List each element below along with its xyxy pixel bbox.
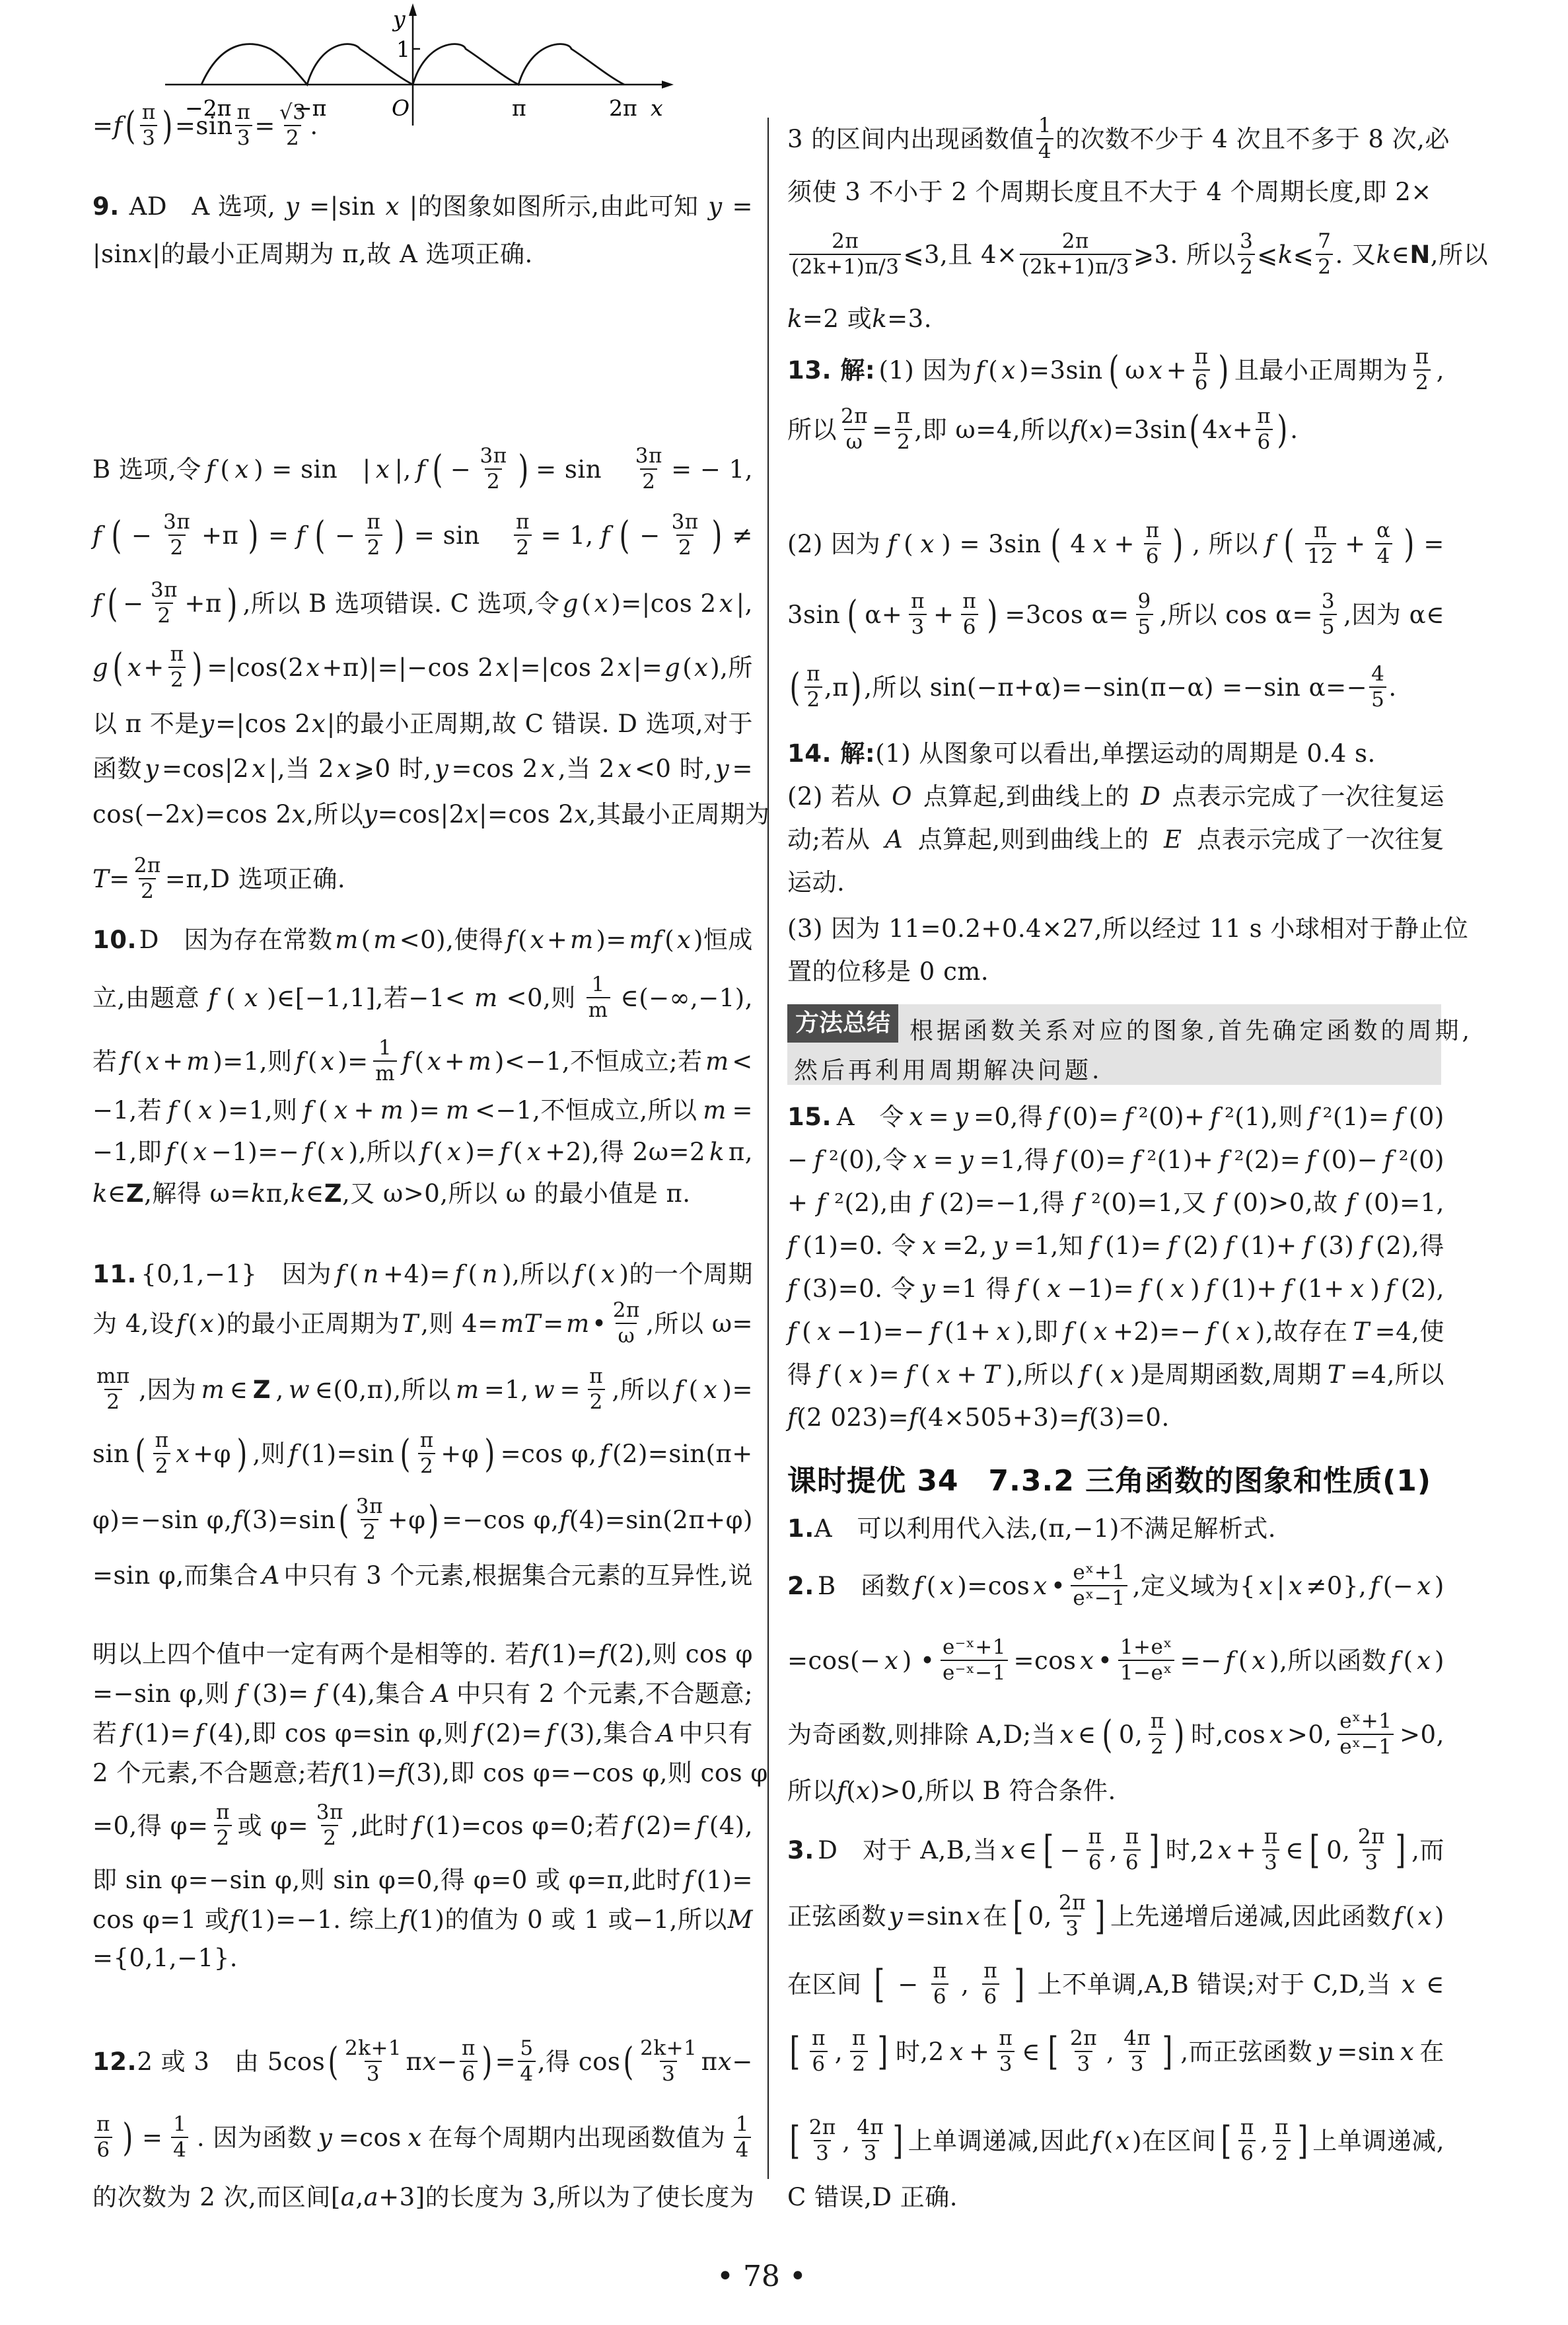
denominator: 3 [1129, 2051, 1146, 2075]
math-variable: x [1236, 1319, 1250, 1344]
text-run: =sin [175, 114, 233, 138]
text-run: ,而正弦函数 [1180, 2040, 1312, 2064]
math-variable: y [318, 2125, 332, 2150]
text-run: (2),则 cos φ [609, 1642, 753, 1666]
text-run: |=cos 2 [479, 802, 574, 827]
numerator: π [1238, 2117, 1256, 2140]
denominator: 2 [804, 686, 822, 711]
numerator: π [460, 2038, 478, 2061]
math-variable: g [92, 655, 108, 680]
text-line: 置的位移是 0 cm. [787, 958, 989, 984]
numerator: 1 [171, 2114, 188, 2137]
text-run: (1)=sin [301, 1442, 395, 1466]
math-variable: x [856, 1779, 870, 1803]
fraction: π2 [418, 1430, 436, 1477]
text-run: 运动. [787, 870, 845, 895]
math-variable: T [983, 1362, 1000, 1387]
math-variable: f [1303, 1234, 1312, 1258]
text-run: 所以 [787, 1779, 837, 1803]
math-variable: f [787, 1276, 797, 1301]
text-run: )是周期函数,周期 [1130, 1362, 1322, 1387]
math-variable: f [416, 457, 425, 482]
text-run: 0, [1028, 1904, 1052, 1929]
bold-label: 14. 解: [787, 741, 875, 766]
bracket: ( [125, 106, 135, 145]
denominator: 2 [676, 535, 694, 559]
math-variable: f [1394, 1105, 1404, 1129]
math-variable: x [1116, 2129, 1129, 2153]
text-line: =sin φ,而集合 A 中只有 3 个元素,根据集合元素的互异性,说 [92, 1562, 753, 1588]
text-run: D 因为存在常数 [139, 928, 333, 952]
text-run: (0)>0,故 [1232, 1191, 1337, 1215]
math-variable: A [432, 1681, 450, 1706]
denominator: ω [844, 429, 865, 453]
math-variable: f [674, 1378, 684, 1402]
text-run: . 因为函数 [197, 2125, 312, 2150]
text-line: 即 sin φ=−sin φ,则 sin φ=0,得 φ=0 或 φ=π,此时 … [92, 1866, 753, 1893]
math-variable: x [718, 2049, 732, 2074]
text-line: ={0,1,−1}. [92, 1944, 238, 1971]
text-run: +4)= [383, 1262, 450, 1286]
text-run: 时,2 [1166, 1838, 1215, 1863]
bold-label: 11. [92, 1262, 137, 1286]
fraction: π6 [1255, 406, 1273, 453]
text-run: ( [927, 1574, 937, 1598]
text-run: − [123, 591, 144, 616]
numerator: 3π [314, 1802, 345, 1825]
text-run: ²(2)= [1234, 1148, 1301, 1172]
text-run: ) = 3sin [941, 532, 1041, 556]
numerator: eˣ+1 [1337, 1711, 1394, 1734]
text-run: 若 [92, 1721, 118, 1746]
text-run: (1+ [1298, 1276, 1344, 1301]
text-line: f(x−1)=−f(1+x),即 f(x+2)=−f(x),故存在 T=4,使 [787, 1318, 1444, 1345]
text-run: π, [266, 1181, 291, 1206]
text-run: ( [664, 928, 674, 952]
numerator: 9 [1136, 591, 1153, 614]
numerator: π [168, 644, 186, 667]
text-run: ( [904, 532, 913, 556]
text-run: , [961, 1972, 969, 1997]
text-run: ),即 [1016, 1319, 1059, 1344]
fraction: eˣ+1eˣ−1 [1337, 1711, 1394, 1757]
math-variable: m [570, 928, 594, 952]
math-variable: f [623, 1814, 632, 1838]
text-line: =0,得 φ=π2或 φ=3π2,此时 f(1)=cos φ=0;若 f(2)=… [92, 1812, 753, 1839]
text-run: ),所以 [349, 1140, 416, 1164]
fraction: 1m [587, 974, 610, 1021]
text-run: ( [349, 1262, 359, 1286]
math-variable: x [1400, 2040, 1414, 2064]
denominator: 6 [1193, 369, 1210, 394]
text-run: ) [1190, 1276, 1200, 1301]
text-run: ( [834, 1362, 843, 1387]
bold-label: Z [253, 1378, 271, 1402]
denominator: 3 [909, 614, 926, 638]
text-run: ∈ [1078, 1722, 1096, 1747]
fraction: 2π3 [807, 2117, 838, 2164]
numerator: 3π [478, 445, 509, 468]
math-variable: f [1386, 1276, 1395, 1301]
math-variable: m [456, 1378, 480, 1402]
numerator: π [895, 406, 913, 429]
text-line: 3. D 对于 A,B,当 x∈[−π6,π6]时,2x+π3∈[0,2π3],… [787, 1837, 1444, 1863]
math-variable: x [1094, 1319, 1108, 1344]
bracket: ( [1283, 525, 1294, 563]
text-line: 立,由题意 f(x)∈[−1,1],若−1<m<0,则1m∈(−∞,−1), [92, 984, 753, 1011]
math-variable: f [1308, 1105, 1318, 1129]
math-variable: x [527, 1140, 541, 1164]
math-variable: x [447, 1140, 461, 1164]
math-variable: k [1278, 242, 1293, 267]
denominator: 3 [997, 2051, 1015, 2075]
text-run: ( [433, 1140, 443, 1164]
text-run: ,解得 ω= [144, 1181, 251, 1206]
math-variable: x [594, 591, 608, 616]
denominator: m [373, 1060, 397, 1085]
text-run: cos(−2 [92, 802, 181, 827]
math-variable: x [1047, 1276, 1061, 1301]
text-run: ,所以 ω= [646, 1311, 753, 1336]
bracket: ) [236, 1434, 247, 1473]
math-variable: m [705, 1049, 729, 1074]
math-variable: x [200, 1311, 214, 1336]
text-run: (1)= [541, 1642, 597, 1666]
method-summary-tag: 方法总结 [787, 1004, 898, 1043]
text-run: )=cos 2 [195, 802, 291, 827]
math-variable: D [1141, 784, 1160, 809]
text-run: ⩽ [1257, 242, 1278, 267]
text-run: 上单调递减,因此 [908, 2129, 1090, 2153]
math-variable: k [1376, 242, 1392, 267]
fraction: 2k+13 [343, 2038, 404, 2085]
text-run: • [1051, 1574, 1065, 1598]
math-variable: f [176, 1311, 186, 1336]
text-run: |= [633, 655, 662, 680]
text-line: T=2π2=π,D 选项正确. [92, 866, 345, 892]
text-run: ( [846, 1779, 856, 1803]
text-run: (1)+ [1240, 1234, 1297, 1258]
math-variable: w [534, 1378, 555, 1402]
text-run: =1 得 [941, 1276, 1011, 1301]
text-run: =π,D 选项正确. [165, 867, 345, 891]
numerator: π [1413, 346, 1431, 369]
math-variable: k [709, 1140, 725, 1164]
math-variable: f [913, 1574, 923, 1598]
text-run: ,其最小正周期为 [588, 802, 770, 827]
denominator: 2 [895, 429, 912, 453]
math-variable: x [1289, 1574, 1302, 1598]
bracket: ) [429, 1500, 439, 1539]
numerator: π [909, 591, 927, 614]
math-variable: f [206, 457, 215, 482]
math-variable: f [1283, 1276, 1293, 1301]
text-run: = [109, 867, 130, 891]
text-run: ( [318, 1098, 328, 1123]
text-run: ={0,1,−1}. [92, 1946, 238, 1970]
numerator: π [587, 1366, 605, 1389]
math-variable: x [884, 1648, 898, 1673]
math-variable: f [236, 1681, 246, 1706]
text-run: 点表示完成了一次往复运 [1172, 784, 1444, 809]
text-run: 若 [92, 1049, 118, 1074]
math-variable: x [541, 757, 555, 781]
text-line: 所以 f(x)>0,所以 B 符合条件. [787, 1777, 1116, 1804]
text-line: cos(−2x)=cos 2x,所以 y=cos|2x|=cos 2x,其最小正… [92, 801, 753, 827]
bracket: ( [1108, 351, 1119, 389]
fraction: 1m [373, 1037, 397, 1084]
text-run: = [1423, 532, 1444, 556]
math-variable: f [232, 1508, 242, 1532]
text-line: 正弦函数 y=sin x 在[0,2π3]上先递增后递减,因此函数 f(x) [787, 1903, 1444, 1929]
text-run: (2) 若从 [787, 784, 880, 809]
text-run: +π [184, 591, 221, 616]
text-run: 的次数不少于 4 次且不多于 8 次,必 [1055, 127, 1450, 151]
math-variable: f [1361, 1234, 1370, 1258]
text-line: 须使 3 不小于 2 个周期长度且不大于 4 个周期长度,即 2× [787, 178, 1444, 205]
fraction: π2 [168, 644, 186, 690]
text-run: >0, [1287, 1722, 1332, 1747]
text-line: 12. 2 或 3 由 5cos(2k+13πx−π6)=54,得 cos(2k… [92, 2048, 753, 2075]
math-variable: A [885, 827, 903, 852]
text-run: −1)= [1067, 1276, 1134, 1301]
math-variable: x [423, 2049, 437, 2074]
text-line: 3 的区间内出现函数值14的次数不少于 4 次且不多于 8 次,必 [787, 126, 1444, 152]
fraction: π2 [1149, 1711, 1166, 1757]
text-run: ω [1125, 358, 1145, 383]
fraction: π2 [587, 1366, 605, 1413]
math-variable: n [482, 1262, 498, 1286]
numerator: π [1192, 346, 1210, 369]
math-variable: x [1060, 1722, 1074, 1747]
math-variable: f [930, 1319, 939, 1344]
fraction: 3π2 [314, 1802, 345, 1849]
text-run: )=cos [957, 1574, 1030, 1598]
denominator: 3 [814, 2140, 831, 2164]
text-run: (0)=1, [1364, 1191, 1444, 1215]
bracket: ( [315, 516, 326, 554]
math-variable: f [1168, 1234, 1177, 1258]
text-run: 点算起,则到曲线上的 [918, 827, 1149, 852]
numerator: π [235, 102, 253, 125]
text-run: cos φ=1 或 [92, 1907, 229, 1932]
fraction: 2π2 [132, 855, 163, 902]
text-run: )=1,则 [218, 1098, 297, 1123]
math-variable: f [472, 1721, 481, 1746]
text-run: (4), [709, 1814, 753, 1838]
text-run: ( [1221, 1319, 1231, 1344]
text-run: <0 时, [635, 757, 713, 781]
text-run: ( [308, 1049, 318, 1074]
text-run: =sin [906, 1904, 964, 1929]
math-variable: f [1064, 1319, 1073, 1344]
math-variable: x [1080, 1648, 1094, 1673]
bracket: ] [877, 2032, 888, 2071]
math-variable: x [1170, 1276, 1184, 1301]
math-variable: x [1033, 1574, 1047, 1598]
text-run: + [1345, 532, 1366, 556]
math-variable: m [335, 928, 359, 952]
text-run: 时,2 [896, 2040, 944, 2064]
fraction: 2πω [839, 406, 870, 453]
bracket: [ [1043, 1831, 1053, 1869]
fraction: π3 [997, 2028, 1015, 2075]
bracket: ) [1172, 525, 1183, 563]
math-variable: k [787, 307, 802, 331]
math-variable: f [1346, 1191, 1355, 1215]
text-run: ,即 ω=4,所以 [915, 418, 1071, 442]
math-variable: f [818, 1362, 827, 1387]
math-variable: y [200, 712, 214, 736]
text-line: 动;若从 A 点算起,则到曲线上的 E 点表示完成了一次往复 [787, 826, 1444, 852]
math-variable: a [364, 2185, 379, 2209]
denominator: 2 [104, 1389, 122, 1413]
math-variable: f [1206, 1319, 1215, 1344]
text-run: − [732, 2049, 753, 2074]
math-variable: w [289, 1378, 310, 1402]
math-variable: x [495, 655, 509, 680]
fraction: 2π(2k+1)π/3 [1020, 231, 1131, 277]
numerator: 1 [589, 974, 606, 997]
math-variable: x [334, 1098, 347, 1123]
text-run: =− [1180, 1648, 1222, 1673]
math-variable: x [1093, 532, 1107, 556]
fraction: mπ2 [94, 1366, 132, 1413]
text-run: ,又 ω>0,所以 ω 的最小值是 π. [342, 1181, 691, 1206]
bracket: ) [851, 668, 862, 706]
bracket: ) [712, 516, 723, 554]
math-variable: y [145, 757, 159, 781]
math-variable: f [1079, 1362, 1088, 1387]
text-run: 正弦函数 [787, 1904, 886, 1929]
x-axis-label: x [651, 95, 663, 121]
bracket: ( [623, 2042, 633, 2081]
text-run: {0,1,−1} 因为 [141, 1262, 332, 1286]
fraction: √32 [277, 102, 308, 149]
text-run: − [335, 523, 356, 548]
math-variable: f [574, 1262, 583, 1286]
text-run: ,因为 α∈ [1343, 603, 1444, 627]
text-run: B 选项,令 [92, 457, 201, 482]
bold-label: 13. 解: [787, 358, 875, 383]
numerator: 2π [1060, 231, 1091, 254]
text-run: 中只有 3 个元素,根据集合元素的互异性,说 [283, 1563, 753, 1588]
numerator: 7 [1316, 231, 1333, 254]
numerator: 1 [1036, 115, 1053, 138]
text-run: (3),即 cos φ=−cos φ,则 cos φ [406, 1761, 767, 1785]
text-run: ∈ [1391, 242, 1409, 267]
text-line: 在区间[−π6,π6]上不单调,A,B 错误;对于 C,D,当 x∈ [787, 1971, 1444, 1997]
math-variable: f [1124, 1105, 1133, 1129]
text-run: 2 个元素,不合题意;若 [92, 1761, 332, 1785]
denominator: m [587, 997, 610, 1021]
text-run: (2)=sin(π+ [612, 1442, 753, 1466]
text-run: + [143, 655, 164, 680]
text-run: (3)=0. [1089, 1405, 1170, 1430]
text-run: ,定义域为{ [1133, 1574, 1256, 1598]
math-variable: x [1110, 1362, 1124, 1387]
math-variable: f [1073, 1191, 1083, 1215]
text-run: 得 [787, 1362, 812, 1387]
text-run: , [842, 2129, 850, 2153]
text-run: 4 [1202, 418, 1218, 442]
math-variable: f [816, 1191, 826, 1215]
text-run: −1,即 [92, 1140, 162, 1164]
bold-label: 2. [787, 1574, 814, 1598]
numerator: 3 [1238, 231, 1255, 254]
math-variable: y [960, 1148, 974, 1172]
text-line: −f²(0),令 x=y=1,得 f(0)=f²(1)+f²(2)=f(0)−f… [787, 1146, 1444, 1173]
math-variable: f [295, 1049, 304, 1074]
math-variable: x [677, 928, 691, 952]
bracket: ] [1149, 1831, 1159, 1869]
text-run: 动;若从 [787, 827, 870, 852]
fraction: π6 [460, 2038, 478, 2085]
text-run: (3),集合 [559, 1721, 653, 1746]
text-run: ( [1079, 1319, 1088, 1344]
text-run: |的最小正周期,故 C 错误. D 选项,对于 [327, 712, 753, 736]
math-variable: m [446, 1098, 470, 1123]
text-run: −1)=− [836, 1319, 924, 1344]
text-run: )= [869, 1362, 900, 1387]
text-run: 0, [1119, 1722, 1143, 1747]
numerator: 5 [518, 2038, 535, 2061]
text-run: =2, [943, 1234, 987, 1258]
math-variable: x [940, 1574, 954, 1598]
text-run: , 所以 [1192, 532, 1258, 556]
bracket: ] [1014, 1965, 1024, 2003]
denominator: 2 [1273, 2140, 1290, 2164]
math-variable: mf [629, 928, 662, 952]
denominator: 3 [1363, 1849, 1380, 1874]
math-variable: f [289, 1442, 298, 1466]
math-variable: x [1089, 418, 1103, 442]
text-run: (1)= [697, 1868, 753, 1892]
text-run: 3sin [787, 603, 840, 627]
math-variable: f [787, 1319, 797, 1344]
math-variable: m [201, 1378, 225, 1402]
text-run: − [787, 1148, 808, 1172]
text-run: =sin [1337, 2040, 1395, 2064]
math-variable: f [114, 114, 123, 138]
bracket: ( [620, 516, 630, 554]
math-variable: f [500, 1140, 509, 1164]
text-run: 2 或 3 由 5cos [137, 2049, 325, 2074]
text-run: ),所 [710, 655, 753, 680]
text-run: ( [220, 457, 230, 482]
text-run: = [495, 2049, 517, 2074]
math-variable: f [888, 532, 897, 556]
text-run: |的最小正周期为 π,故 A 选项正确. [153, 242, 533, 266]
denominator: 5 [1136, 614, 1153, 638]
math-variable: x [252, 757, 266, 781]
text-run: ,所以 cos α= [1160, 603, 1313, 627]
math-variable: f [92, 591, 102, 616]
fraction: π6 [960, 591, 978, 638]
text-run: =1,知 [1014, 1234, 1083, 1258]
math-variable: f [296, 523, 305, 548]
text-run: (3)=sin [242, 1508, 336, 1532]
math-variable: x [937, 1362, 950, 1387]
denominator: 2 [365, 535, 382, 559]
text-line: f(−3π2+π) = f(−π2) = sin π2 = 1, f(−3π2)… [92, 522, 753, 548]
text-run: D 对于 A,B,当 [818, 1838, 997, 1863]
fraction: π3 [140, 102, 158, 149]
fraction: 95 [1136, 591, 1153, 638]
math-variable: f [546, 1721, 555, 1746]
text-run: |, [395, 457, 411, 482]
fraction: π3 [1262, 1826, 1280, 1873]
